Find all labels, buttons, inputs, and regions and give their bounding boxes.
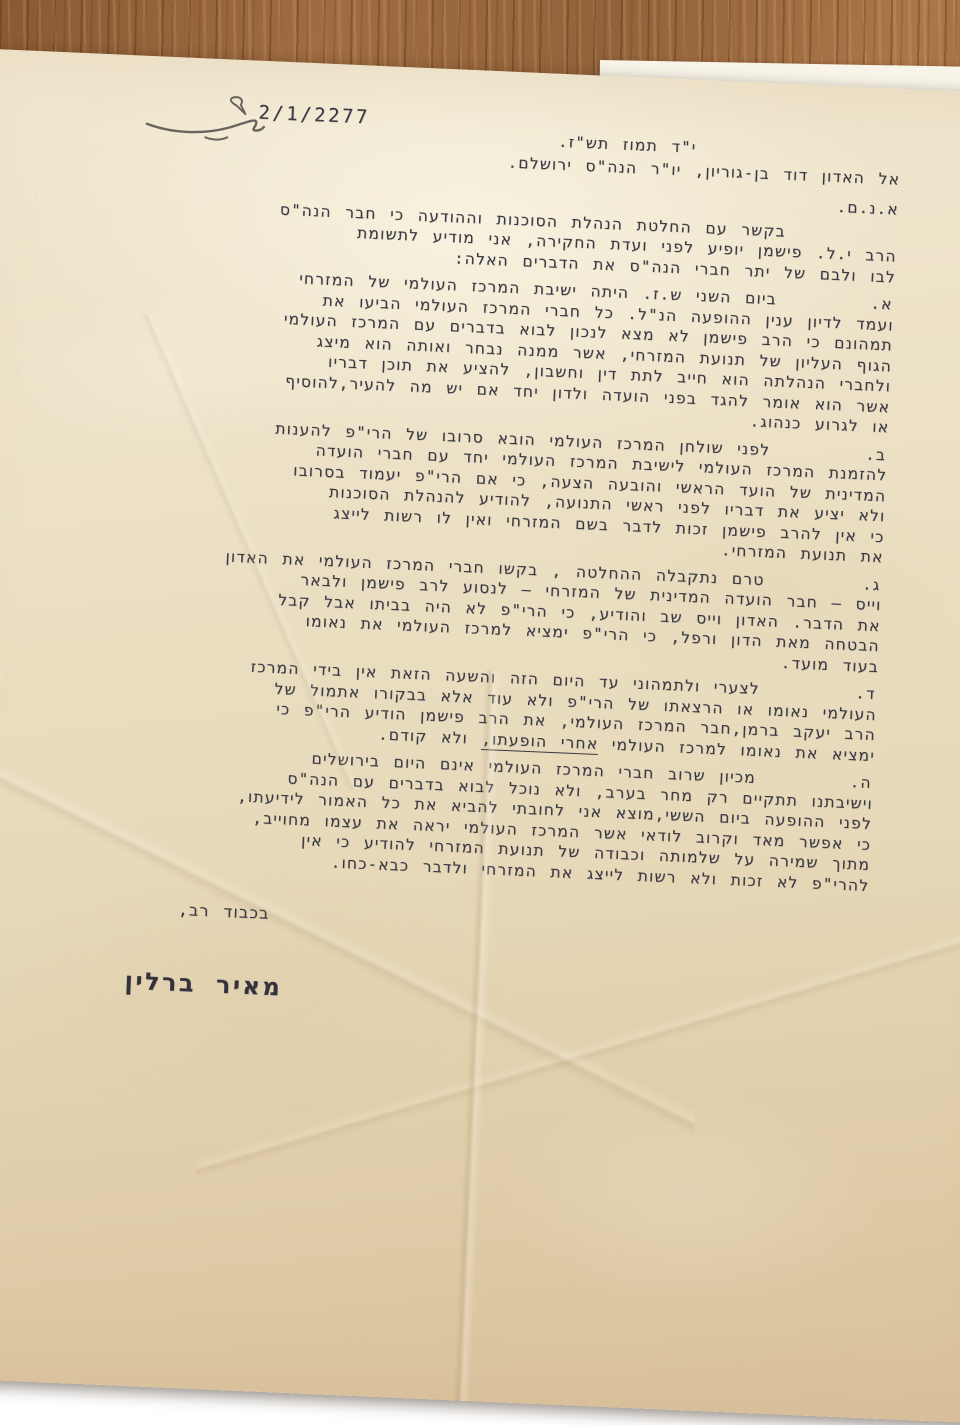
signature-name: מאיר ברלין — [34, 966, 864, 1023]
paragraph-he-lines: מכיון שרוב חברי המרכז העולמי אינם היום ב… — [40, 737, 875, 896]
dalet-last-line-post: ולא קודם. — [378, 725, 482, 747]
handwritten-pen-mark — [143, 88, 267, 145]
closing-line: בכבוד רב, — [37, 894, 867, 951]
underlined-phrase: אחרי הופעתו, — [481, 729, 599, 754]
letter-content: 2/1/2277 י"ד תמוז תש"ז. אל האדון דוד בן-… — [34, 111, 901, 1023]
paragraph-marker-he: ה. — [849, 772, 872, 793]
paragraph-marker-bet: ב. — [865, 444, 887, 465]
letter-paper: 2/1/2277 י"ד תמוז תש"ז. אל האדון דוד בן-… — [0, 48, 960, 1280]
paragraph-marker-gimel: ג. — [862, 574, 881, 595]
reference-number: 2/1/2277 — [258, 103, 370, 128]
paragraph-alef: א. ביום השני ש.ז. היתה ישיבת המרכז העולמ… — [60, 258, 895, 438]
paragraph-he: ה. מכיון שרוב חברי המרכז העולמי אינם היו… — [40, 737, 875, 896]
paragraph-marker-dalet: ד. — [855, 683, 876, 704]
paragraph-alef-lines: ביום השני ש.ז. היתה ישיבת המרכז העולמי ש… — [60, 258, 895, 438]
paragraph-marker-alef: א. — [870, 294, 893, 315]
